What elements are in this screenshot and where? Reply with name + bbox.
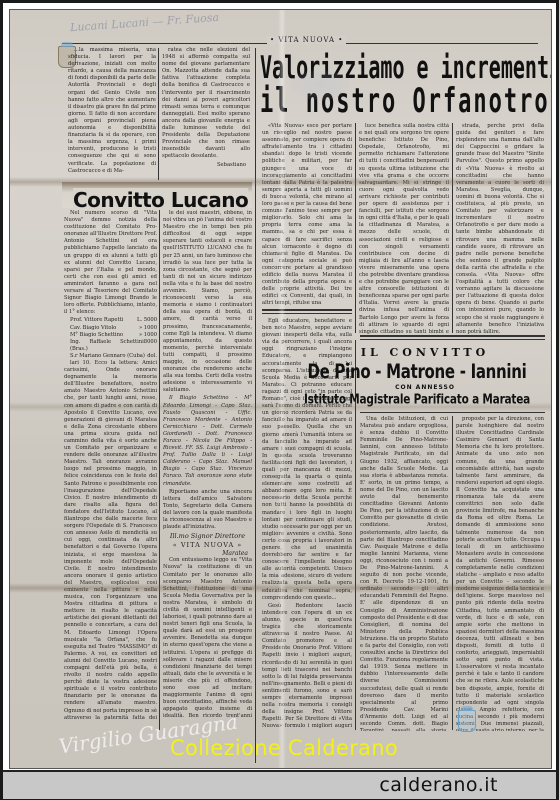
section-divider bbox=[262, 309, 352, 311]
convitto-lucano-title: Convitto Lucano bbox=[73, 188, 248, 212]
donation-row: S.r Mariano Gennaro (Cuba)dol. bbox=[64, 353, 157, 360]
convitto-annesso: CON ANNESSO bbox=[310, 384, 540, 391]
letter-newspaper-name: « VITA NUOVA » bbox=[163, 541, 252, 550]
column-divider bbox=[452, 416, 453, 730]
crest-watermark-icon bbox=[458, 710, 476, 732]
section-divider bbox=[360, 412, 545, 413]
convitto-depino-col2: proposte per la direzione, con parole lu… bbox=[456, 416, 544, 731]
orfanotrofio-col3: strada, perchè privi della guida dei gen… bbox=[456, 123, 544, 335]
footer-site-link[interactable]: calderano.it bbox=[379, 774, 498, 796]
donation-row: M° Biagio Schettino» 1000 bbox=[64, 332, 157, 339]
convitto-kicker: IL CONVITTO bbox=[310, 346, 540, 359]
column-divider bbox=[355, 123, 356, 333]
column-divider bbox=[452, 123, 453, 333]
paper-fold bbox=[278, 10, 286, 768]
donations-list: Prof. Vittore RapettiL. 5000 Cav. Biagio… bbox=[64, 317, 157, 360]
article-continuation-col1: ...la massima miseria, una sfiducia. I l… bbox=[68, 47, 156, 181]
donation-row: Cav. Biagio Vitolo» 1000 bbox=[64, 325, 157, 332]
footer-bar: calderano.it bbox=[3, 770, 556, 799]
article-signature: Sebastiano bbox=[162, 162, 250, 169]
convitto-lucano-col2: le dei suoi maestri, ebbene, in noi vibr… bbox=[163, 210, 252, 720]
orfanotrofio-col1: «Vita Nuova» esce per portare un risvegl… bbox=[262, 123, 352, 309]
section-divider bbox=[262, 313, 352, 314]
letter-place: Maratea bbox=[163, 550, 252, 557]
section-divider bbox=[360, 335, 545, 337]
paper-stain bbox=[290, 70, 350, 100]
convitto-lucano-col1: Nel numero scorso di "Vita Nuova" demmo … bbox=[64, 210, 157, 720]
convitto-depino-title: De Pino - Matrone - Iannini bbox=[282, 360, 552, 383]
donation-row: Ing. Raffaele Schettini (Bras.)8000 bbox=[64, 339, 157, 353]
convitto-depino-col1: Una delle Istituzioni, di cui Maratea pu… bbox=[360, 416, 448, 731]
column-divider bbox=[159, 210, 160, 730]
collection-watermark: Collezione Calderano bbox=[170, 736, 398, 760]
orfanotrofio-col2: luce benefica sulla nostra città e nei q… bbox=[359, 123, 449, 335]
article-continuation-col2: ratea che nelle elezioni del 1948 si aff… bbox=[162, 47, 250, 181]
section-divider bbox=[360, 339, 545, 340]
donation-row: Prof. Vittore RapettiL. 5000 bbox=[64, 317, 157, 324]
newspaper-page: Lucani Lucani — Fr. Fuosa • VITA NUOVA •… bbox=[9, 9, 552, 769]
handwritten-note: Lucani Lucani — Fr. Fuosa bbox=[70, 11, 220, 34]
column-divider bbox=[158, 48, 159, 180]
letter-salutation: Ill.mo Signor Direttore bbox=[163, 532, 252, 541]
